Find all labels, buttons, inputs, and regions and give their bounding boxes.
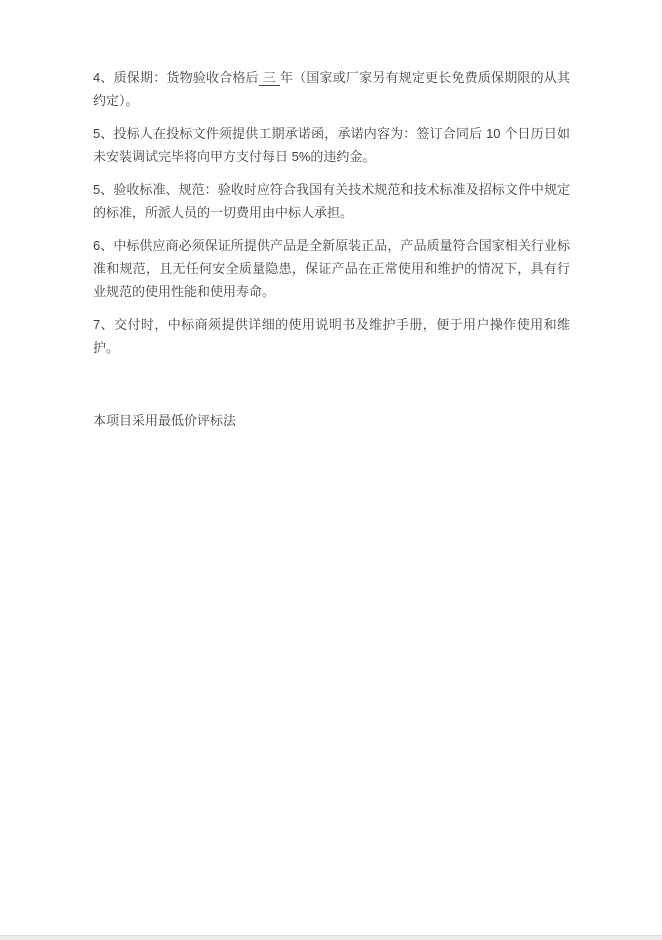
page-bottom-edge	[0, 935, 662, 940]
clause-4-prefix: 4、质保期：货物验收合格后	[93, 70, 259, 85]
clause-paragraph-4: 4、质保期：货物验收合格后三年（国家或厂家另有规定更长免费质保期限的从其约定）。	[93, 66, 570, 112]
document-page: 4、质保期：货物验收合格后三年（国家或厂家另有规定更长免费质保期限的从其约定）。…	[0, 0, 662, 940]
clause-paragraph-7-delivery: 7、交付时，中标商须提供详细的使用说明书及维护手册，便于用户操作使用和维护。	[93, 313, 570, 359]
clause-paragraph-5-acceptance: 5、验收标准、规范：验收时应符合我国有关技术规范和技术标准及招标文件中规定的标准…	[93, 178, 570, 224]
clause-4-underlined-term: 三	[259, 70, 280, 86]
clause-paragraph-6-quality: 6、中标供应商必须保证所提供产品是全新原装正品，产品质量符合国家相关行业标准和规…	[93, 234, 570, 303]
document-content: 4、质保期：货物验收合格后三年（国家或厂家另有规定更长免费质保期限的从其约定）。…	[0, 0, 662, 442]
evaluation-method-note: 本项目采用最低价评标法	[93, 409, 570, 432]
clause-paragraph-5-commitment: 5、投标人在投标文件须提供工期承诺函，承诺内容为：签订合同后 10 个日历日如未…	[93, 122, 570, 168]
